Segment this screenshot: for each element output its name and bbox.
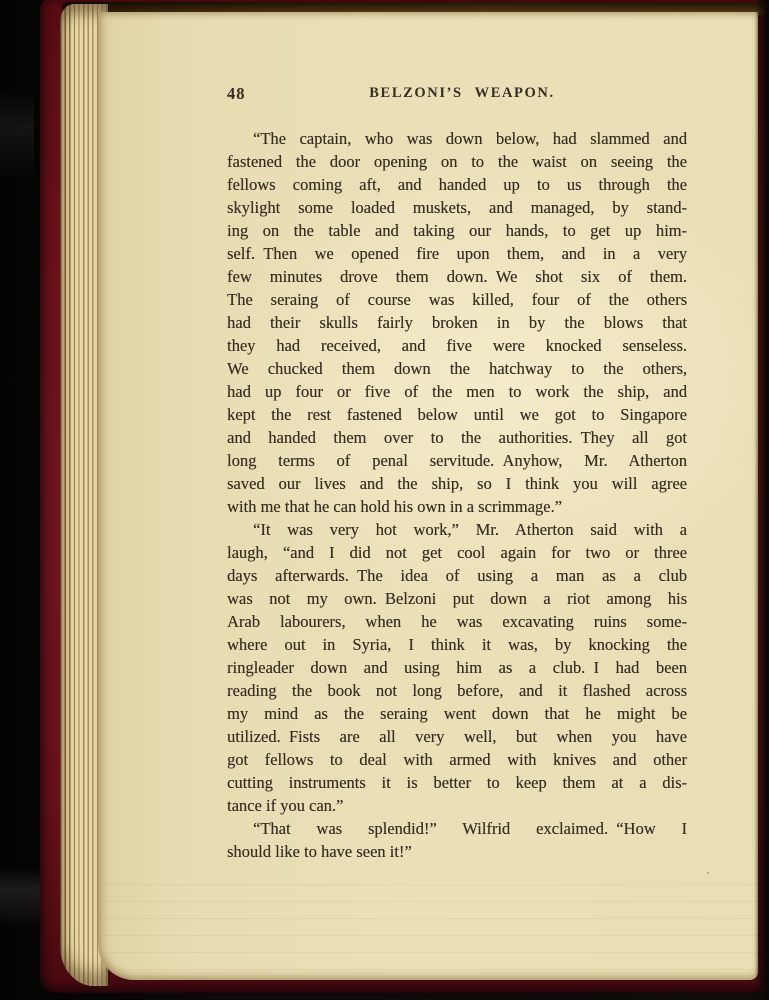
text-line: Arab labourers, when he was excavating r…: [227, 610, 687, 633]
text-line: and handed them over to the authorities.…: [227, 426, 687, 449]
text-line: where out in Syria, I think it was, by k…: [227, 633, 687, 656]
text-line: fellows coming aft, and handed up to us …: [227, 173, 687, 196]
text-line: tance if you can.”: [227, 794, 687, 817]
text-line: “The captain, who was down below, had sl…: [227, 127, 687, 150]
text-line: got fellows to deal with armed with kniv…: [227, 748, 687, 771]
text-line: We chucked them down the hatchway to the…: [227, 357, 687, 380]
background-streak: [0, 90, 34, 180]
text-line: ing on the table and taking our hands, t…: [227, 219, 687, 242]
text-line: skylight some loaded muskets, and manage…: [227, 196, 687, 219]
text-line: had their skulls fairly broken in by the…: [227, 311, 687, 334]
text-line: fastened the door opening on to the wais…: [227, 150, 687, 173]
page-text: “The captain, who was down below, had sl…: [227, 127, 687, 863]
scan-speck: [699, 866, 715, 878]
page-header: 48 BELZONI’S WEAPON.: [227, 82, 687, 104]
text-line: they had received, and five were knocked…: [227, 334, 687, 357]
text-line: days afterwards. The idea of using a man…: [227, 564, 687, 587]
text-line: with me that he can hold his own in a sc…: [227, 495, 687, 518]
text-line: utilized. Fists are all very well, but w…: [227, 725, 687, 748]
text-line: kept the rest fastened below until we go…: [227, 403, 687, 426]
text-line: few minutes drove them down. We shot six…: [227, 265, 687, 288]
text-line: The seraing of course was killed, four o…: [227, 288, 687, 311]
text-line: had up four or five of the men to work t…: [227, 380, 687, 403]
text-line: should like to have seen it!”: [227, 840, 687, 863]
running-title: BELZONI’S WEAPON.: [237, 85, 687, 102]
text-line: long terms of penal servitude. Anyhow, M…: [227, 449, 687, 472]
text-line: “It was very hot work,” Mr. Atherton sai…: [227, 518, 687, 541]
text-line: cutting instruments it is better to keep…: [227, 771, 687, 794]
text-line: “That was splendid!” Wilfrid exclaimed. …: [227, 817, 687, 840]
text-line: saved our lives and the ship, so I think…: [227, 472, 687, 495]
text-line: ringleader down and using him as a club.…: [227, 656, 687, 679]
paragraph: “That was splendid!” Wilfrid exclaimed. …: [227, 817, 687, 863]
text-line: my mind as the seraing went down that he…: [227, 702, 687, 725]
text-line: was not my own. Belzoni put down a riot …: [227, 587, 687, 610]
page-right-shadow: [755, 0, 769, 1000]
text-line: self. Then we opened fire upon them, and…: [227, 242, 687, 265]
text-line: laugh, “and I did not get cool again for…: [227, 541, 687, 564]
paragraph: “It was very hot work,” Mr. Atherton sai…: [227, 518, 687, 817]
paragraph: “The captain, who was down below, had sl…: [227, 127, 687, 518]
book-scan: 48 BELZONI’S WEAPON. “The captain, who w…: [0, 0, 769, 1000]
text-line: reading the book not long before, and it…: [227, 679, 687, 702]
